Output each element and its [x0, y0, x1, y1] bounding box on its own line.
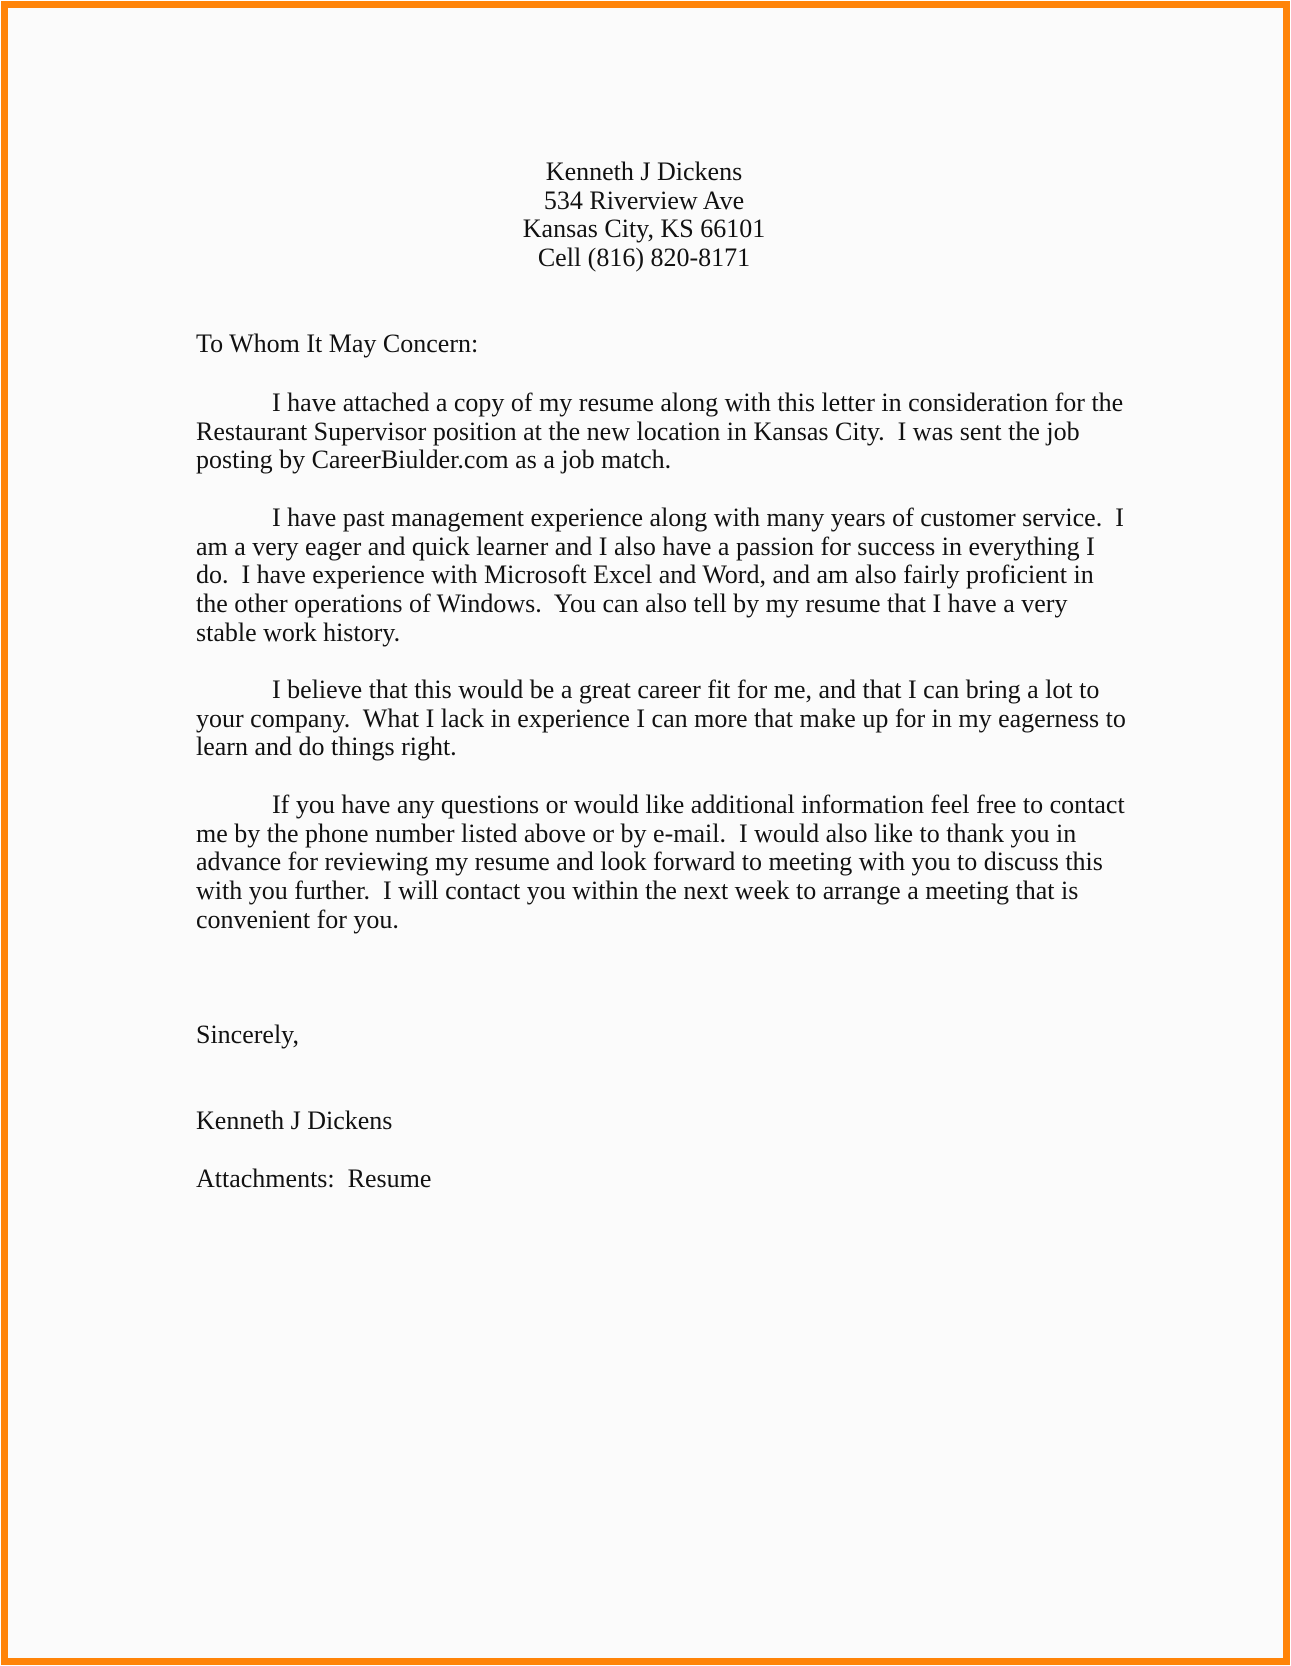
- paragraph-line: the other operations of Windows. You can…: [196, 590, 1092, 619]
- paragraph-line: I have past management experience along …: [196, 504, 1092, 533]
- signature-name: Kenneth J Dickens: [196, 1107, 392, 1136]
- sender-phone: Cell (816) 820-8171: [196, 244, 1092, 273]
- paragraph-line: convenient for you.: [196, 906, 1092, 935]
- paragraph-line: posting by CareerBiulder.com as a job ma…: [196, 446, 1092, 475]
- paragraph-line: with you further. I will contact you wit…: [196, 877, 1092, 906]
- sender-city-state-zip: Kansas City, KS 66101: [196, 215, 1092, 244]
- paragraph-line: am a very eager and quick learner and I …: [196, 533, 1092, 562]
- paragraph-line: advance for reviewing my resume and look…: [196, 848, 1092, 877]
- sender-street: 534 Riverview Ave: [196, 187, 1092, 216]
- paragraph-line: your company. What I lack in experience …: [196, 705, 1092, 734]
- closing: Sincerely,: [196, 1021, 299, 1050]
- paragraph-line: learn and do things right.: [196, 733, 1092, 762]
- paragraph-line: Restaurant Supervisor position at the ne…: [196, 418, 1092, 447]
- sender-address-block: Kenneth J Dickens 534 Riverview Ave Kans…: [196, 158, 1092, 272]
- paragraph-line: I believe that this would be a great car…: [196, 676, 1092, 705]
- paragraph-4: If you have any questions or would like …: [196, 791, 1092, 934]
- paragraph-line: I have attached a copy of my resume alon…: [196, 389, 1092, 418]
- paragraph-1: I have attached a copy of my resume alon…: [196, 389, 1092, 475]
- paragraph-line: do. I have experience with Microsoft Exc…: [196, 561, 1092, 590]
- paragraph-3: I believe that this would be a great car…: [196, 676, 1092, 762]
- paragraph-line: If you have any questions or would like …: [196, 791, 1092, 820]
- paragraph-2: I have past management experience along …: [196, 504, 1092, 647]
- paragraph-line: me by the phone number listed above or b…: [196, 820, 1092, 849]
- salutation: To Whom It May Concern:: [196, 330, 478, 359]
- sender-name: Kenneth J Dickens: [196, 158, 1092, 187]
- attachments-note: Attachments: Resume: [196, 1165, 431, 1194]
- paragraph-line: stable work history.: [196, 619, 1092, 648]
